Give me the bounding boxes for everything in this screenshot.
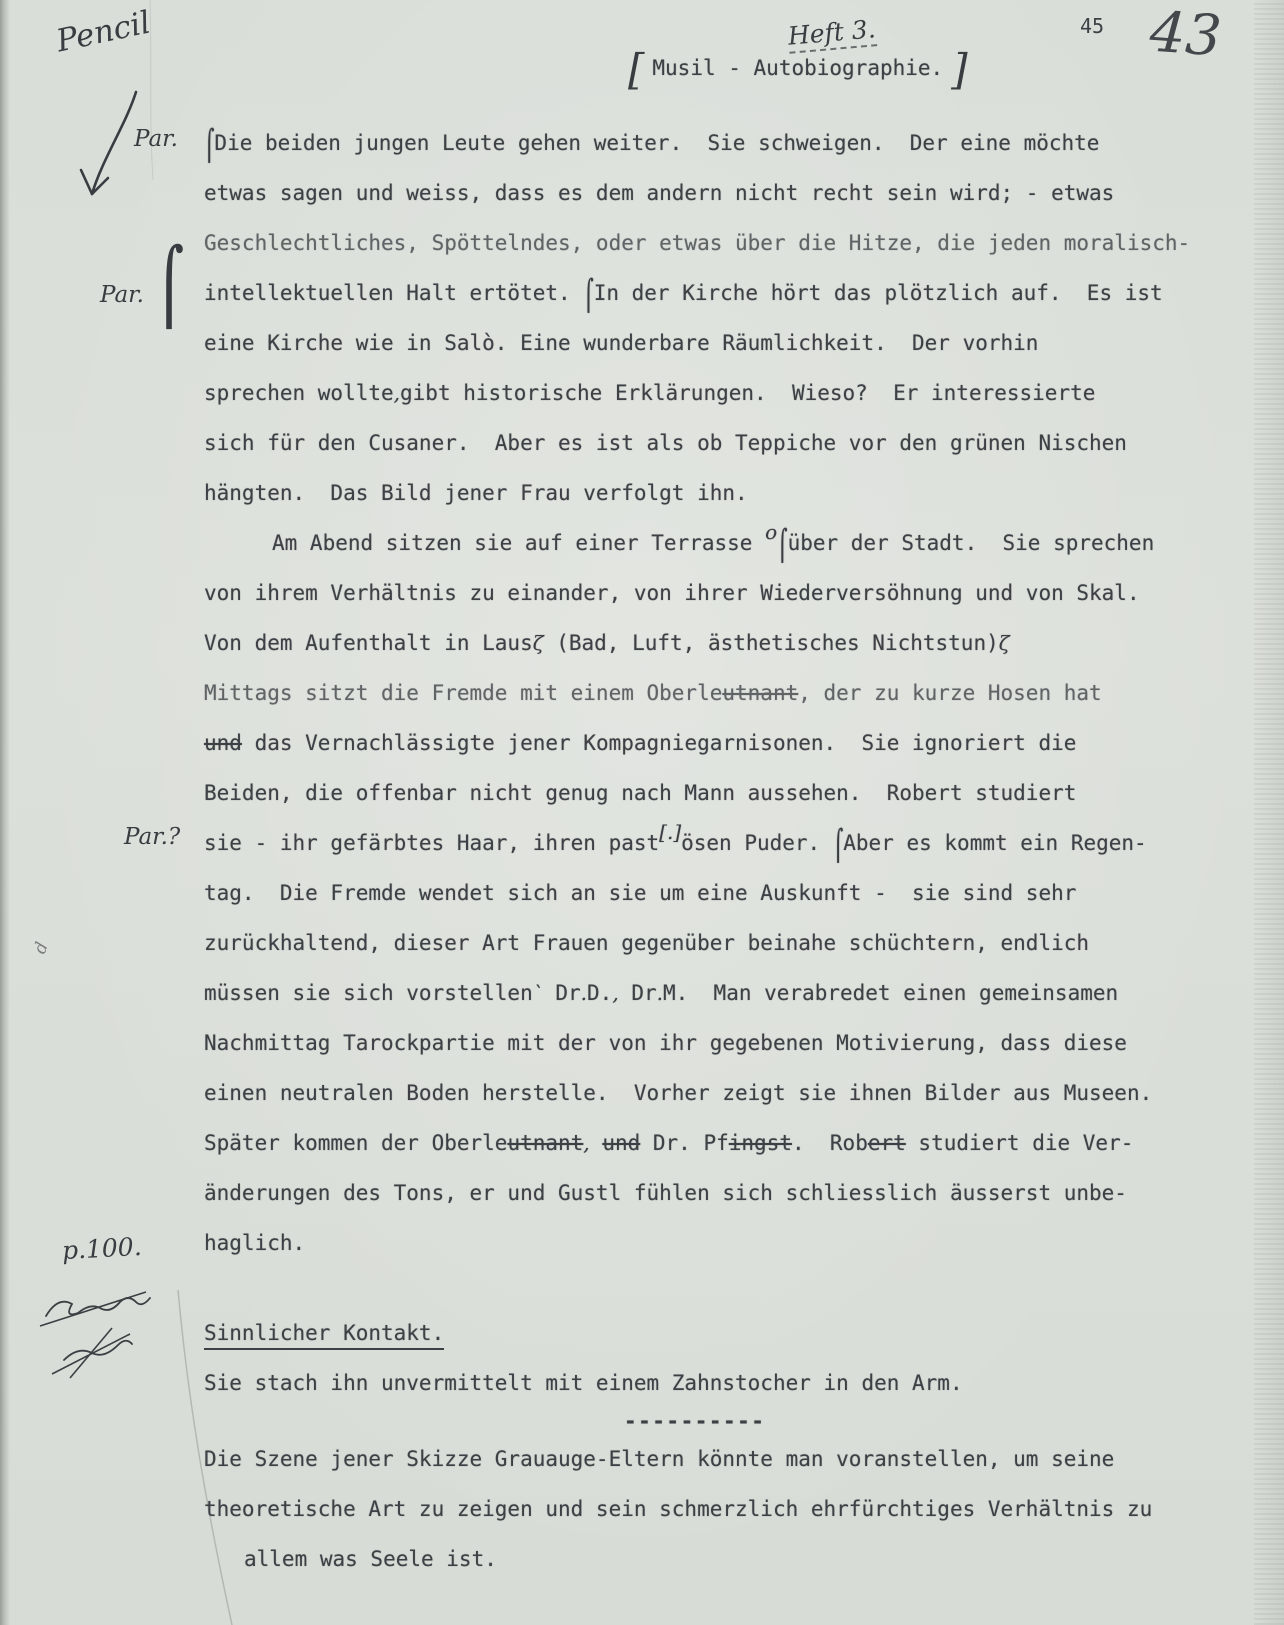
typed-line: intellektuellen Halt ertötet. ⌠In der Ki… <box>204 268 1244 318</box>
typed-line: zurückhaltend, dieser Art Frauen gegenüb… <box>204 918 1244 968</box>
typed-line: Mittags sitzt die Fremde mit einem Oberl… <box>204 668 1244 718</box>
margin-note-par-1: Par. <box>134 126 178 152</box>
title-bracket-open: [ <box>628 50 644 90</box>
typed-line: etwas sagen und weiss, dass es dem ander… <box>204 168 1244 218</box>
section-heading: Sinnlicher Kontakt. <box>204 1308 1244 1358</box>
title-row: [ Musil - Autobiographie. ] <box>628 48 968 88</box>
typed-line: haglich. <box>204 1218 1244 1268</box>
typed-line: Am Abend sitzen sie auf einer Terrasse o… <box>204 518 1244 568</box>
typed-line: hängten. Das Bild jener Frau verfolgt ih… <box>204 468 1244 518</box>
typed-page-number: 45 <box>1080 14 1104 38</box>
handwritten-page-number: 43 <box>1148 0 1224 69</box>
typed-line: einen neutralen Boden herstelle. Vorher … <box>204 1068 1244 1118</box>
typed-line: Nachmittag Tarockpartie mit der von ihr … <box>204 1018 1244 1068</box>
margin-note-par-question: Par.? <box>124 824 180 850</box>
page-title: Musil - Autobiographie. <box>644 56 951 80</box>
typed-line: Die Szene jener Skizze Grauauge-Eltern k… <box>204 1434 1244 1484</box>
body-text: ⌠Die beiden jungen Leute gehen weiter. S… <box>204 118 1244 1584</box>
typed-line: Geschlechtliches, Spöttelndes, oder etwa… <box>204 218 1244 268</box>
title-bracket-close: ] <box>951 50 967 90</box>
typed-line: sprechen wollte,gibt historische Erkläru… <box>204 368 1244 418</box>
typed-line: Von dem Aufenthalt in Lausζ (Bad, Luft, … <box>204 618 1244 668</box>
margin-mark-d: d <box>30 939 53 956</box>
typed-line: Später kommen der Oberleutnant, und Dr. … <box>204 1118 1244 1168</box>
typed-line: tag. Die Fremde wendet sich an sie um ei… <box>204 868 1244 918</box>
typed-line: allem was Seele ist. <box>204 1534 1244 1584</box>
typed-line: eine Kirche wie in Salò. Eine wunderbare… <box>204 318 1244 368</box>
typed-line: theoretische Art zu zeigen und sein schm… <box>204 1484 1244 1534</box>
typed-line: änderungen des Tons, er und Gustl fühlen… <box>204 1168 1244 1218</box>
typed-line: Beiden, die offenbar nicht genug nach Ma… <box>204 768 1244 818</box>
typed-line: sie - ihr gefärbtes Haar, ihren past[.]ö… <box>204 818 1244 868</box>
pencil-note: Pencil <box>53 5 153 60</box>
margin-note-par-2: Par. <box>100 282 144 308</box>
margin-scribble-crossed-out <box>36 1282 186 1382</box>
typed-line: sich für den Cusaner. Aber es ist als ob… <box>204 418 1244 468</box>
typed-line: von ihrem Verhältnis zu einander, von ih… <box>204 568 1244 618</box>
typed-line: und das Vernachlässigte jener Kompagnieg… <box>204 718 1244 768</box>
dashed-separator: ---------- <box>204 1408 1244 1434</box>
margin-note-p100: p.100. <box>61 1232 142 1265</box>
typed-line: müssen sie sich vorstellen` Dr.D., Dr.M.… <box>204 968 1244 1018</box>
scan-edge-right <box>1254 0 1284 1625</box>
margin-note-par-2-bracket: ⌠ <box>154 249 184 324</box>
scan-edge-left <box>0 0 10 1625</box>
typed-line: ⌠Die beiden jungen Leute gehen weiter. S… <box>204 118 1244 168</box>
typed-line: Sie stach ihn unvermittelt mit einem Zah… <box>204 1358 1244 1408</box>
manuscript-page: Pencil Heft 3. [ Musil - Autobiographie.… <box>0 0 1284 1625</box>
